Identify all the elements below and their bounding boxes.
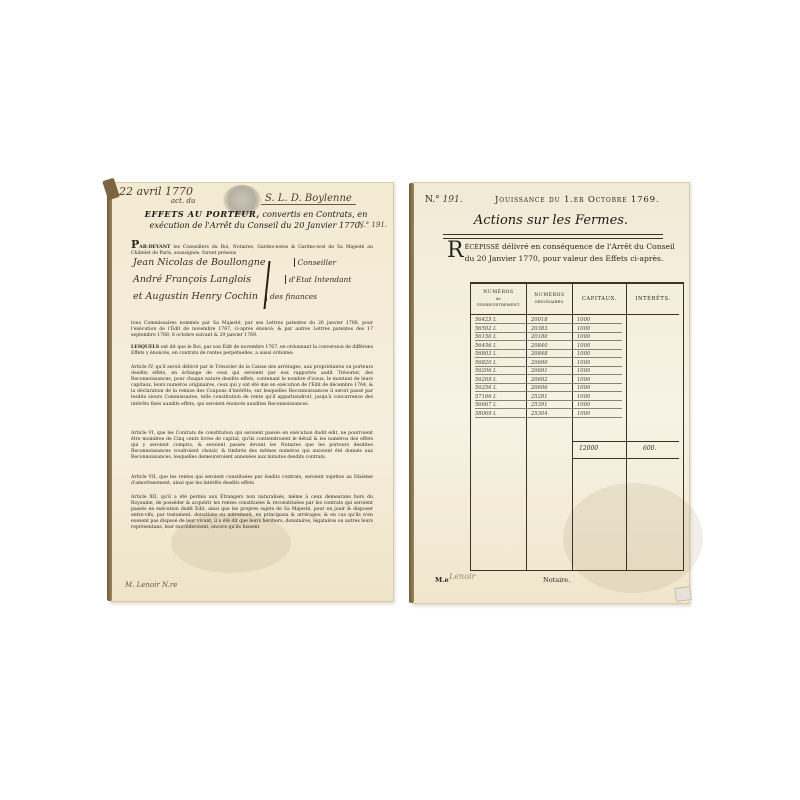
title-caps: EFFETS AU PORTEUR, <box>145 209 260 219</box>
cell-enregistrement: 56667 L <box>475 402 497 408</box>
binding-edge <box>409 183 414 603</box>
table-row: 56256 L206961000 <box>471 385 626 394</box>
total-interest: 600. <box>643 445 656 452</box>
cell-enregistrement: 56256 L <box>475 385 497 391</box>
cell-capital: 1000 <box>577 360 590 366</box>
cell-capital: 1000 <box>577 377 590 383</box>
binding-corner <box>102 178 120 201</box>
cell-enregistrement: 56269 L <box>475 377 497 383</box>
article-6: Article VI, que les Contrats de constitu… <box>131 431 373 461</box>
cell-originaire: 25304 <box>531 411 548 417</box>
cell-enregistrement: 56502 L <box>475 326 497 332</box>
document-number: N.° 191. <box>358 221 387 229</box>
total-rule <box>573 458 679 459</box>
notary-prefix: M.e <box>435 576 449 584</box>
intro-paragraph: PAR-DEVANT les Conseillers du Roi, Notai… <box>131 241 373 257</box>
receipt-heading: Actions sur les Fermes. <box>413 213 689 228</box>
title-line2: exécution de l'Arrêt du Conseil du 20 Ja… <box>149 220 362 230</box>
cell-capital: 1000 <box>577 385 590 391</box>
header-registration-number: NUMÉROS de l'ENREGISTREMENT. <box>471 284 526 315</box>
table-row: 56150 L201801000 <box>471 334 626 343</box>
cell-capital: 1000 <box>577 394 590 400</box>
cell-capital: 1000 <box>577 411 590 417</box>
article-4: Article IV, qu'il seroit délivré par le … <box>131 365 373 408</box>
cell-enregistrement: 56150 L <box>475 334 497 340</box>
left-document-page: 22 avril 1770 act. du S. L. D. Boylenne … <box>110 182 394 602</box>
lesquels-paragraph: LESQUELS ont dit que le Roi, par son Édi… <box>131 345 373 357</box>
cell-enregistrement: 56820 L <box>475 360 497 366</box>
table-row: 56425 L200181000 <box>471 317 626 326</box>
commissioner-entry: André François Langloisd'Etat Intendant <box>133 274 383 291</box>
cell-originaire: 20691 <box>531 368 548 374</box>
cell-capital: 1000 <box>577 334 590 340</box>
receipt-statement: RÉCÉPISSÉ délivré en conséquence de l'Ar… <box>447 241 677 264</box>
header-original-number: NUMÉROS ORIGINAIRES. <box>527 284 572 315</box>
table-row: 56456 L208401000 <box>471 343 626 352</box>
table-row: 56667 L253911000 <box>471 402 626 411</box>
cell-originaire: 20692 <box>531 377 548 383</box>
table-body: 56425 L20018100056502 L20383100056150 L2… <box>471 317 626 419</box>
table-row: 56820 L206901000 <box>471 360 626 369</box>
table-row: 56803 L208481000 <box>471 351 626 360</box>
cell-originaire: 20840 <box>531 343 548 349</box>
cell-capital: 1000 <box>577 317 590 323</box>
table-row: 56269 L206921000 <box>471 377 626 386</box>
footer-signature: M. Lenoir N.re <box>125 581 177 589</box>
total-capital: 12000 <box>579 445 598 452</box>
cell-capital: 1000 <box>577 326 590 332</box>
handwritten-reference: act. du <box>171 197 195 205</box>
cell-capital: 1000 <box>577 343 590 349</box>
cell-enregistrement: 56206 L <box>475 368 497 374</box>
table-row: 56206 L206911000 <box>471 368 626 377</box>
cell-enregistrement: 57166 L <box>475 394 497 400</box>
jouissance-date: Jouissance du 1.er Octobre 1769. <box>495 195 659 205</box>
receipt-number: N.° 191. <box>425 195 463 205</box>
cell-originaire: 20018 <box>531 317 548 323</box>
cell-enregistrement: 56803 L <box>475 351 497 357</box>
cell-originaire: 25281 <box>531 394 548 400</box>
effects-table: NUMÉROS de l'ENREGISTREMENT. NUMÉROS ORI… <box>470 282 684 571</box>
cell-capital: 1000 <box>577 402 590 408</box>
total-rule <box>573 441 679 442</box>
binding-edge <box>107 183 112 601</box>
cell-originaire: 20383 <box>531 326 548 332</box>
article-7: Article VII, que les rentes qui seroient… <box>131 475 373 487</box>
cell-capital: 1000 <box>577 351 590 357</box>
cell-enregistrement: 56456 L <box>475 343 497 349</box>
drop-cap: R <box>447 241 464 261</box>
header-capital: CAPITAUX. <box>573 284 626 315</box>
table-row: 56502 L203831000 <box>471 326 626 335</box>
cell-originaire: 25391 <box>531 402 548 408</box>
notary-signature: Lenoir <box>449 572 475 581</box>
title-rest: convertis en Contrats, en <box>260 209 368 219</box>
cell-capital: 1000 <box>577 368 590 374</box>
cell-originaire: 20180 <box>531 334 548 340</box>
cell-enregistrement: 58069 L <box>475 411 497 417</box>
double-rule-divider <box>443 234 663 239</box>
handwritten-owner: S. L. D. Boylenne <box>261 193 356 205</box>
cell-originaire: 20690 <box>531 360 548 366</box>
commissioner-entry: et Augustin Henry Cochindes finances <box>133 291 383 308</box>
commissioner-entry: Jean Nicolas de BoullongneConseiller <box>133 257 383 274</box>
header-interest: INTÉRÊTS. <box>627 284 679 315</box>
document-title: EFFETS AU PORTEUR, convertis en Contrats… <box>125 209 387 231</box>
notary-label: Notaire. <box>543 576 570 584</box>
cell-originaire: 20696 <box>531 385 548 391</box>
cell-enregistrement: 56425 L <box>475 317 497 323</box>
folded-corner <box>674 586 692 602</box>
commission-paragraph: tous Commissaires nommés par Sa Majesté,… <box>131 321 373 339</box>
article-12: Article XII, qu'il a été permis aux Étra… <box>131 495 373 532</box>
table-row: 57166 L252811000 <box>471 394 626 403</box>
table-row: 58069 L253041000 <box>471 411 626 420</box>
column-divider <box>626 284 627 570</box>
commissioners-list: Jean Nicolas de BoullongneConseiller And… <box>133 257 383 308</box>
cell-originaire: 20848 <box>531 351 548 357</box>
right-document-page: N.° 191. Jouissance du 1.er Octobre 1769… <box>412 182 690 604</box>
